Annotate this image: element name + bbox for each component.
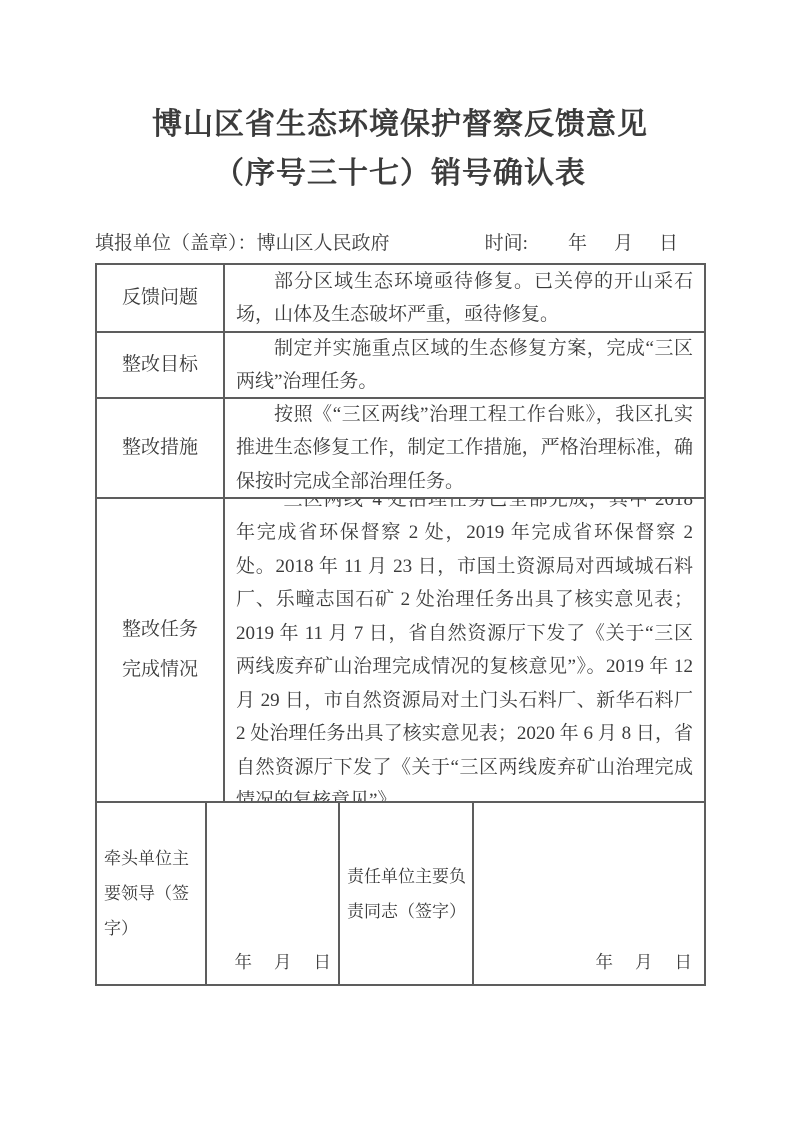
responsible-unit-label-cell: 责任单位主要负责同志（签字）: [340, 803, 474, 984]
signature-row: 牵头单位主要领导（签字） 年 月 日 责任单位主要负责同志（签字） 年 月 日: [97, 801, 704, 984]
lead-unit-signature-area: 年 月 日: [207, 803, 340, 984]
form-meta-line: 填报单位（盖章）：博山区人民政府 时间: 年 月 日: [95, 231, 706, 257]
lead-signature-date: 年 月 日: [235, 949, 332, 974]
table-row-task-completion: 整改任务完成情况 “三区两线”4 处治理任务已全部完成，其中 2018 年完成省…: [97, 497, 704, 801]
row-label: 反馈问题: [118, 278, 202, 318]
month-placeholder: 月: [635, 949, 653, 974]
lead-unit-label-cell: 牵头单位主要领导（签字）: [97, 803, 207, 984]
responsible-unit-signature-area: 年 月 日: [474, 803, 704, 984]
reporting-unit-label: 填报单位（盖章）：: [95, 233, 257, 254]
document-title: 博山区省生态环境保护督察反馈意见 （序号三十七）销号确认表: [0, 0, 800, 198]
day-placeholder: 日: [314, 949, 332, 974]
row-label: 整改任务完成情况: [118, 610, 202, 690]
responsible-signature-date: 年 月 日: [596, 949, 693, 974]
row-label-cell: 反馈问题: [97, 265, 225, 331]
row-content-text: “三区两线”4 处治理任务已全部完成，其中 2018 年完成省环保督察 2 处，…: [236, 499, 693, 801]
year-placeholder: 年: [568, 231, 587, 257]
month-placeholder: 月: [274, 949, 292, 974]
confirmation-form-table: 反馈问题 部分区域生态环境亟待修复。已关停的开山采石场，山体及生态破坏严重，亟待…: [95, 263, 706, 986]
row-content-cell: 按照《“三区两线”治理工程工作台账》，我区扎实推进生态修复工作，制定工作措施，严…: [225, 399, 704, 497]
day-placeholder: 日: [675, 949, 693, 974]
row-label-cell: 整改任务完成情况: [97, 499, 225, 801]
responsible-unit-signature-label: 责任单位主要负责同志（签字）: [347, 859, 469, 929]
row-content-text: 制定并实施重点区域的生态修复方案，完成“三区两线”治理任务。: [236, 333, 693, 397]
form-date-field: 时间: 年 月 日: [485, 231, 706, 257]
reporting-unit-value: 博山区人民政府: [257, 233, 390, 254]
row-content-text: 部分区域生态环境亟待修复。已关停的开山采石场，山体及生态破坏严重，亟待修复。: [236, 265, 693, 331]
table-row-rectification-measures: 整改措施 按照《“三区两线”治理工程工作台账》，我区扎实推进生态修复工作，制定工…: [97, 397, 704, 497]
year-placeholder: 年: [596, 949, 614, 974]
row-content-text: 按照《“三区两线”治理工程工作台账》，我区扎实推进生态修复工作，制定工作措施，严…: [236, 399, 693, 497]
scanned-document-page: 博山区省生态环境保护督察反馈意见 （序号三十七）销号确认表 填报单位（盖章）：博…: [0, 0, 800, 1131]
row-label: 整改目标: [118, 345, 202, 385]
lead-unit-signature-label: 牵头单位主要领导（签字）: [104, 841, 205, 946]
table-row-feedback-problem: 反馈问题 部分区域生态环境亟待修复。已关停的开山采石场，山体及生态破坏严重，亟待…: [97, 265, 704, 331]
row-content-cell: 部分区域生态环境亟待修复。已关停的开山采石场，山体及生态破坏严重，亟待修复。: [225, 265, 704, 331]
row-label-cell: 整改措施: [97, 399, 225, 497]
document-title-line2: （序号三十七）销号确认表: [0, 149, 800, 198]
day-placeholder: 日: [659, 231, 678, 257]
month-placeholder: 月: [614, 231, 633, 257]
document-title-line1: 博山区省生态环境保护督察反馈意见: [0, 100, 800, 149]
row-content-cell: “三区两线”4 处治理任务已全部完成，其中 2018 年完成省环保督察 2 处，…: [225, 499, 704, 801]
year-placeholder: 年: [235, 949, 253, 974]
reporting-unit: 填报单位（盖章）：博山区人民政府: [95, 231, 390, 257]
row-content-cell: 制定并实施重点区域的生态修复方案，完成“三区两线”治理任务。: [225, 333, 704, 397]
table-row-rectification-goal: 整改目标 制定并实施重点区域的生态修复方案，完成“三区两线”治理任务。: [97, 331, 704, 397]
row-label: 整改措施: [118, 428, 202, 468]
time-label: 时间:: [485, 231, 528, 257]
row-label-cell: 整改目标: [97, 333, 225, 397]
